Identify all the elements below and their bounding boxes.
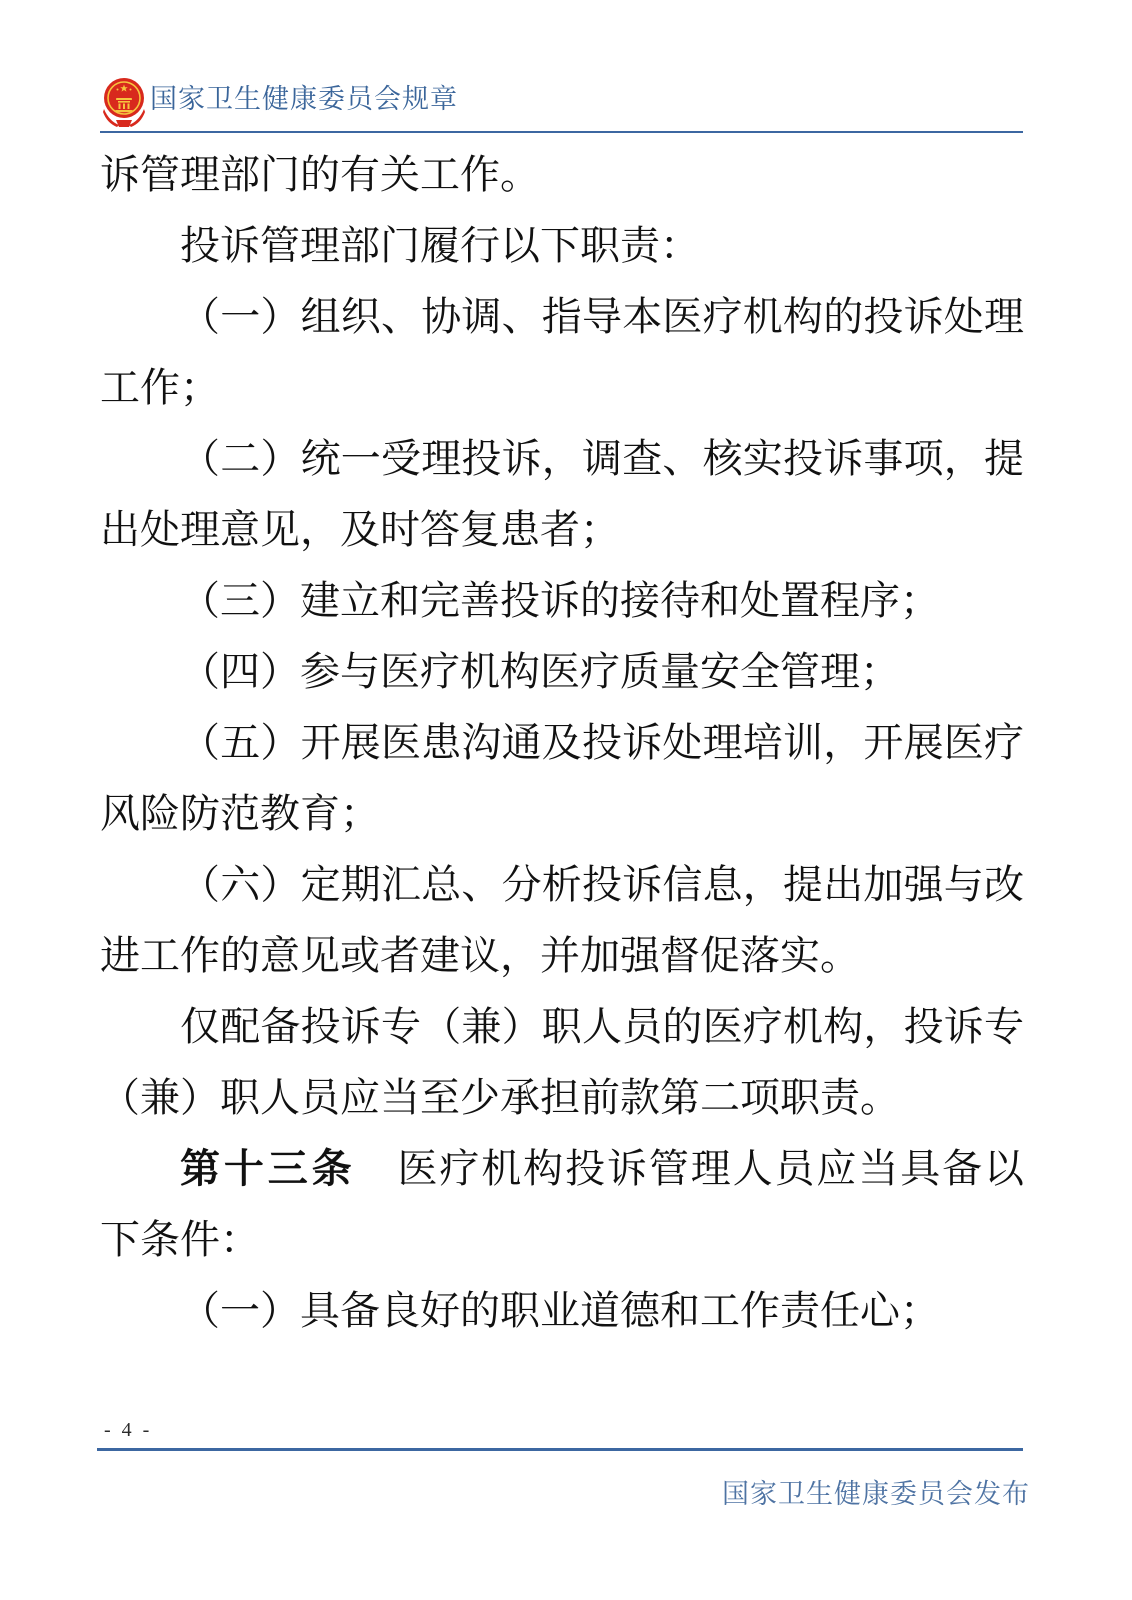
- body-line: 下条件：: [100, 1204, 1024, 1275]
- body-line: 风险防范教育；: [100, 778, 1024, 849]
- article-number-bold: 第十三条: [180, 1147, 356, 1191]
- body-line: 诉管理部门的有关工作。: [100, 139, 1024, 210]
- body-line: （三）建立和完善投诉的接待和处置程序；: [100, 565, 1024, 636]
- body-line: 仅配备投诉专（兼）职人员的医疗机构，投诉专: [100, 991, 1024, 1062]
- publisher-line: 国家卫生健康委员会发布: [722, 1477, 1030, 1511]
- document-body: 诉管理部门的有关工作。投诉管理部门履行以下职责：（一）组织、协调、指导本医疗机构…: [100, 139, 1024, 1346]
- body-line: 工作；: [100, 352, 1024, 423]
- footer-rule: [97, 1448, 1023, 1451]
- body-line: （一）组织、协调、指导本医疗机构的投诉处理: [100, 281, 1024, 352]
- body-line: （二）统一受理投诉，调查、核实投诉事项，提: [100, 423, 1024, 494]
- document-page: 国家卫生健康委员会规章 诉管理部门的有关工作。投诉管理部门履行以下职责：（一）组…: [0, 0, 1132, 1600]
- body-line: （一）具备良好的职业道德和工作责任心；: [100, 1275, 1024, 1346]
- page-number: - 4 -: [104, 1419, 152, 1442]
- header-rule: [100, 131, 1023, 133]
- body-line: （六）定期汇总、分析投诉信息，提出加强与改: [100, 849, 1024, 920]
- header-title: 国家卫生健康委员会规章: [150, 82, 458, 116]
- body-line: （四）参与医疗机构医疗质量安全管理；: [100, 636, 1024, 707]
- body-line: （五）开展医患沟通及投诉处理培训，开展医疗: [100, 707, 1024, 778]
- body-line: 出处理意见，及时答复患者；: [100, 494, 1024, 565]
- body-line: 进工作的意见或者建议，并加强督促落实。: [100, 920, 1024, 991]
- national-emblem-icon: [103, 76, 145, 128]
- body-line: 投诉管理部门履行以下职责：: [100, 210, 1024, 281]
- body-line: 第十三条 医疗机构投诉管理人员应当具备以: [100, 1133, 1024, 1204]
- body-line: （兼）职人员应当至少承担前款第二项职责。: [100, 1062, 1024, 1133]
